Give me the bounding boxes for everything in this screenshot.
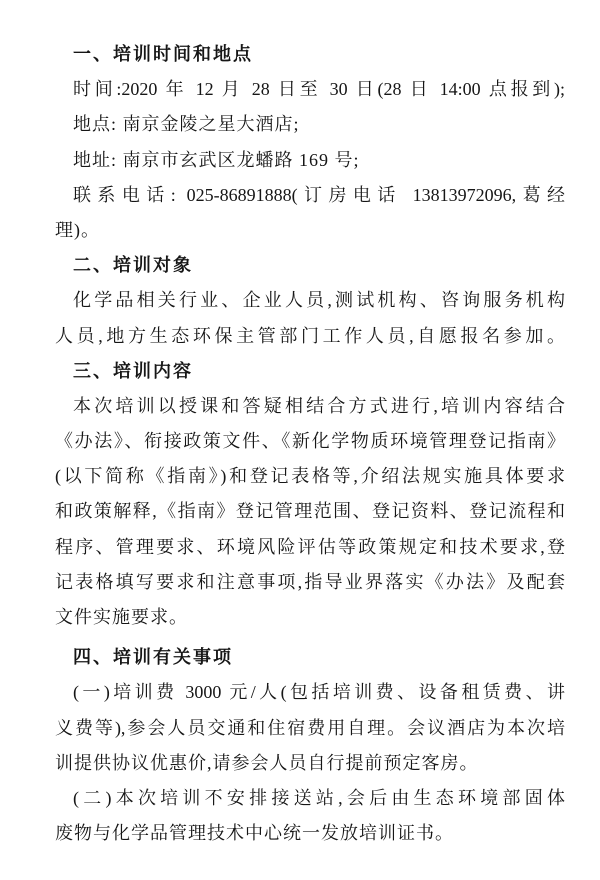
- text-line: (一)培训费 3000 元/人(包括培训费、设备租赁费、讲: [55, 675, 565, 710]
- text-line: 文件实施要求。: [55, 600, 565, 635]
- text-line: 化学品相关行业、企业人员,测试机构、咨询服务机构: [55, 283, 565, 318]
- text-line: 义费等),参会人员交通和住宿费用自理。会议酒店为本次培: [55, 711, 565, 746]
- text-line: 程序、管理要求、环境风险评估等政策规定和技术要求,登: [55, 530, 565, 565]
- text-line: 人员,地方生态环保主管部门工作人员,自愿报名参加。: [55, 319, 565, 354]
- section-heading: 三、培训内容: [55, 354, 565, 389]
- text-line: 本次培训以授课和答疑相结合方式进行,培训内容结合: [55, 389, 565, 424]
- text-line: 时间:2020 年 12 月 28 日至 30 日(28 日 14:00 点报到…: [55, 72, 565, 107]
- text-line: 记表格填写要求和注意事项,指导业界落实《办法》及配套: [55, 565, 565, 600]
- text-line: 训提供协议优惠价,请参会人员自行提前预定客房。: [55, 746, 565, 781]
- section-heading: 二、培训对象: [55, 248, 565, 283]
- text-line: 和政策解释,《指南》登记管理范围、登记资料、登记流程和: [55, 494, 565, 529]
- text-line: 联系电话: 025-86891888(订房电话 13813972096,葛经: [55, 178, 565, 213]
- document-page: 一、培训时间和地点 时间:2020 年 12 月 28 日至 30 日(28 日…: [0, 0, 600, 880]
- text-line: 地点: 南京金陵之星大酒店;: [55, 107, 565, 142]
- section-heading: 四、培训有关事项: [55, 640, 565, 675]
- section-heading: 一、培训时间和地点: [55, 37, 565, 72]
- text-line: 地址: 南京市玄武区龙蟠路 169 号;: [55, 143, 565, 178]
- text-line: 理)。: [55, 213, 565, 248]
- text-line: 废物与化学品管理技术中心统一发放培训证书。: [55, 816, 565, 851]
- text-line: (二)本次培训不安排接送站,会后由生态环境部固体: [55, 781, 565, 816]
- text-line: (以下简称《指南》)和登记表格等,介绍法规实施具体要求: [55, 459, 565, 494]
- text-line: 《办法》、衔接政策文件、《新化学物质环境管理登记指南》: [55, 424, 565, 459]
